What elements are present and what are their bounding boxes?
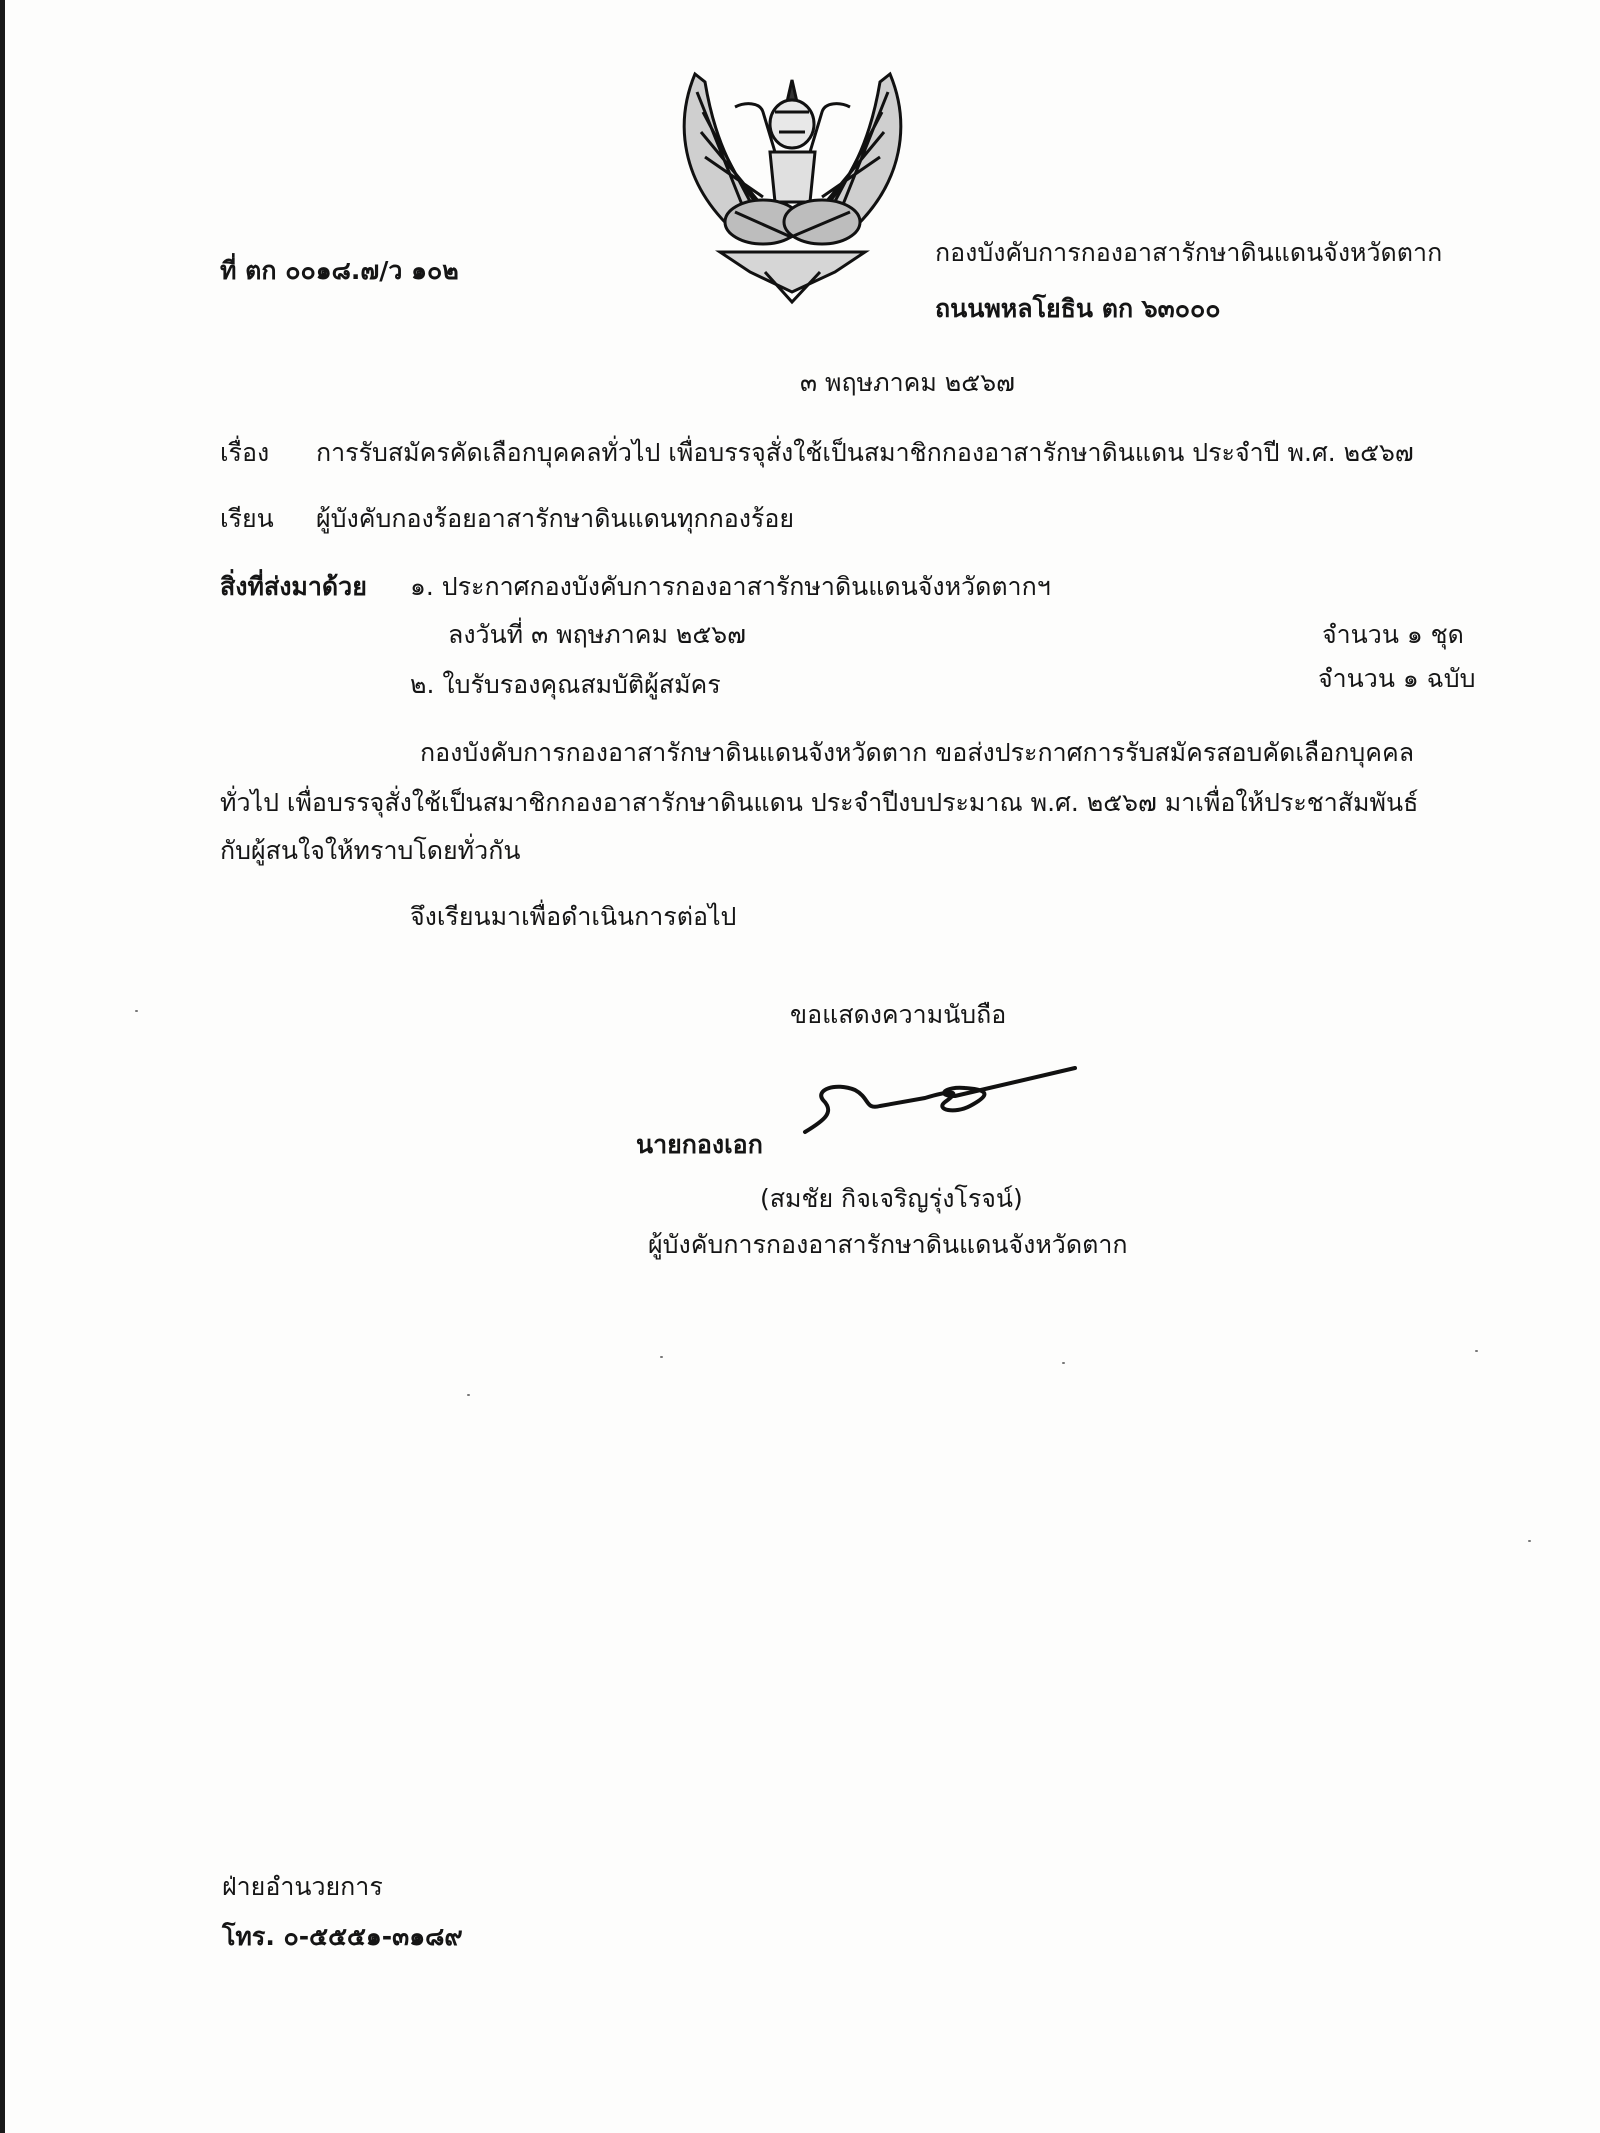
scan-speck bbox=[1062, 1362, 1065, 1364]
garuda-emblem-icon bbox=[675, 62, 910, 312]
subject-label: เรื่อง bbox=[220, 436, 269, 470]
signer-rank: นายกองเอก bbox=[636, 1128, 763, 1162]
signer-position: ผู้บังคับการกองอาสารักษาดินแดนจังหวัดตาก bbox=[648, 1228, 1128, 1262]
reference-number: ที่ ตก ๐๐๑๘.๗/ว ๑๐๒ bbox=[220, 254, 459, 288]
footer-phone: โทร. ๐-๕๕๕๑-๓๑๘๙ bbox=[222, 1920, 463, 1954]
enclosure-item-1-date: ลงวันที่ ๓ พฤษภาคม ๒๕๖๗ bbox=[448, 618, 746, 652]
scan-speck bbox=[1475, 1350, 1478, 1352]
recipient-text: ผู้บังคับกองร้อยอาสารักษาดินแดนทุกกองร้อ… bbox=[316, 502, 794, 536]
enclosure-item-1: ๑. ประกาศกองบังคับการกองอาสารักษาดินแดนจ… bbox=[410, 570, 1051, 604]
footer-department: ฝ่ายอำนวยการ bbox=[222, 1870, 383, 1904]
closing-request: จึงเรียนมาเพื่อดำเนินการต่อไป bbox=[410, 900, 736, 934]
organization-address: ถนนพหลโยธิน ตก ๖๓๐๐๐ bbox=[935, 292, 1221, 326]
scan-speck bbox=[660, 1356, 663, 1358]
enclosures-label: สิ่งที่ส่งมาด้วย bbox=[220, 570, 367, 604]
page-edge-shadow bbox=[0, 0, 5, 2133]
salutation: ขอแสดงความนับถือ bbox=[790, 998, 1006, 1032]
scan-speck bbox=[467, 1394, 470, 1396]
enclosure-item-1-quantity: จำนวน ๑ ชุด bbox=[1322, 618, 1464, 652]
enclosure-item-2: ๒. ใบรับรองคุณสมบัติผู้สมัคร bbox=[410, 668, 721, 702]
body-line-2: ทั่วไป เพื่อบรรจุสั่งใช้เป็นสมาชิกกองอาส… bbox=[220, 786, 1418, 820]
handwritten-signature bbox=[795, 1060, 1085, 1140]
scan-speck bbox=[1528, 1540, 1531, 1542]
subject-text: การรับสมัครคัดเลือกบุคคลทั่วไป เพื่อบรรจ… bbox=[316, 436, 1414, 470]
recipient-label: เรียน bbox=[220, 502, 274, 536]
signer-name: (สมชัย กิจเจริญรุ่งโรจน์) bbox=[760, 1182, 1023, 1216]
document-date: ๓ พฤษภาคม ๒๕๖๗ bbox=[800, 366, 1015, 400]
scan-speck bbox=[135, 1010, 138, 1012]
body-line-3: กับผู้สนใจให้ทราบโดยทั่วกัน bbox=[220, 834, 520, 868]
body-line-1: กองบังคับการกองอาสารักษาดินแดนจังหวัดตาก… bbox=[420, 736, 1414, 770]
organization-name: กองบังคับการกองอาสารักษาดินแดนจังหวัดตาก bbox=[935, 236, 1442, 270]
enclosure-item-2-quantity: จำนวน ๑ ฉบับ bbox=[1318, 662, 1475, 696]
